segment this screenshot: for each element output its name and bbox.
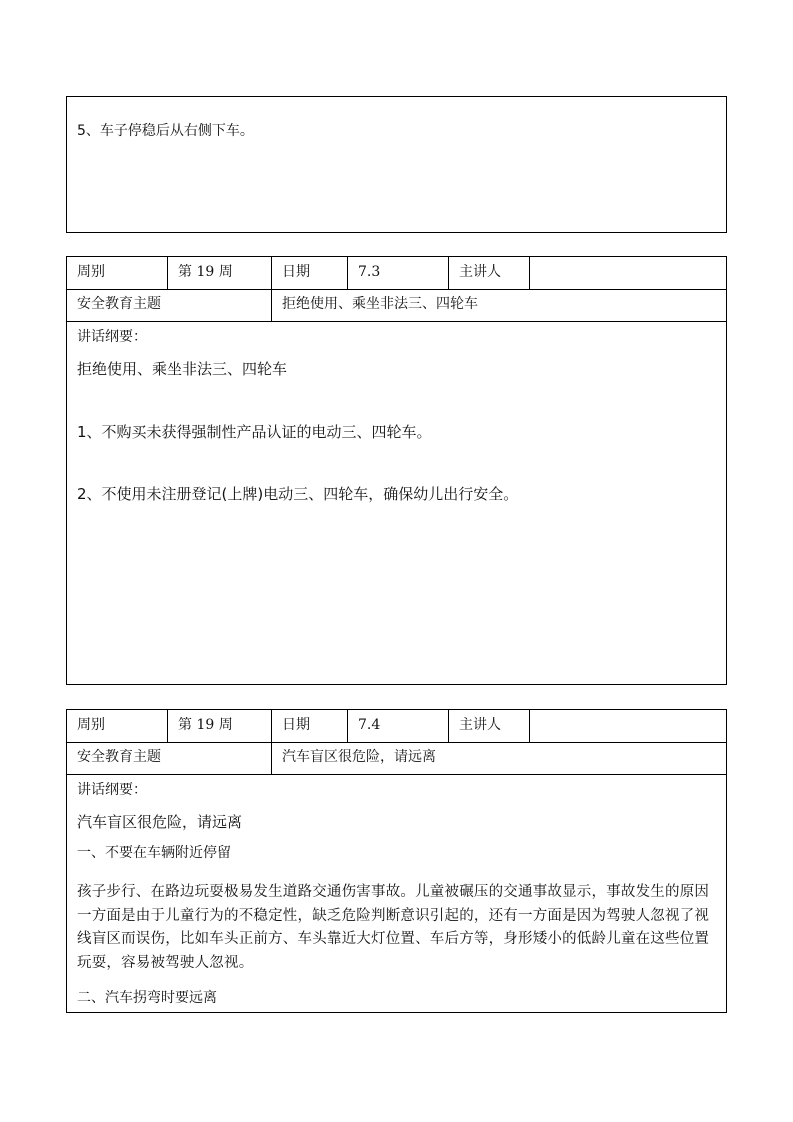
lesson-heading: 汽车盲区很危险，请远离 bbox=[77, 810, 716, 834]
theme-label: 安全教育主题 bbox=[67, 289, 271, 320]
lesson-paragraph: 孩子步行、在路边玩耍极易发生道路交通伤害事故。儿童被碾压的交通事故显示，事故发生… bbox=[77, 881, 716, 975]
date-value: 7.4 bbox=[348, 710, 449, 741]
week-value: 第 19 周 bbox=[168, 257, 272, 288]
divider bbox=[529, 257, 530, 289]
section-heading-1: 一、不要在车辆附近停留 bbox=[77, 841, 716, 865]
week-label: 周别 bbox=[67, 710, 168, 741]
week-value: 第 19 周 bbox=[168, 710, 272, 741]
lesson-table-1: 周别 第 19 周 日期 7.3 主讲人 安全教育主题 拒绝使用、乘坐非法三、四… bbox=[66, 256, 727, 685]
divider bbox=[67, 321, 726, 322]
theme-value: 汽车盲区很危险，请远离 bbox=[272, 742, 726, 773]
theme-value: 拒绝使用、乘坐非法三、四轮车 bbox=[272, 289, 726, 320]
outline-label: 讲话纲要： bbox=[77, 325, 716, 349]
date-value: 7.3 bbox=[348, 257, 449, 288]
point-2: 2、不使用未注册登记(上牌)电动三、四轮车，确保幼儿出行安全。 bbox=[77, 482, 716, 506]
lesson-table-2: 周别 第 19 周 日期 7.4 主讲人 安全教育主题 汽车盲区很危险，请远离 … bbox=[66, 709, 727, 1013]
outline-label: 讲话纲要： bbox=[77, 778, 716, 802]
point-1: 1、不购买未获得强制性产品认证的电动三、四轮车。 bbox=[77, 420, 716, 444]
lesson-heading: 拒绝使用、乘坐非法三、四轮车 bbox=[77, 357, 716, 381]
date-label: 日期 bbox=[272, 710, 348, 741]
divider bbox=[67, 774, 726, 775]
theme-label: 安全教育主题 bbox=[67, 742, 271, 773]
speaker-label: 主讲人 bbox=[449, 710, 530, 741]
speaker-label: 主讲人 bbox=[449, 257, 530, 288]
week-label: 周别 bbox=[67, 257, 168, 288]
section-heading-2: 二、汽车拐弯时要远离 bbox=[77, 986, 716, 1010]
date-label: 日期 bbox=[272, 257, 348, 288]
continuation-line: 5、车子停稳后从右侧下车。 bbox=[77, 121, 716, 141]
continuation-box: 5、车子停稳后从右侧下车。 bbox=[66, 96, 727, 233]
divider bbox=[529, 710, 530, 742]
